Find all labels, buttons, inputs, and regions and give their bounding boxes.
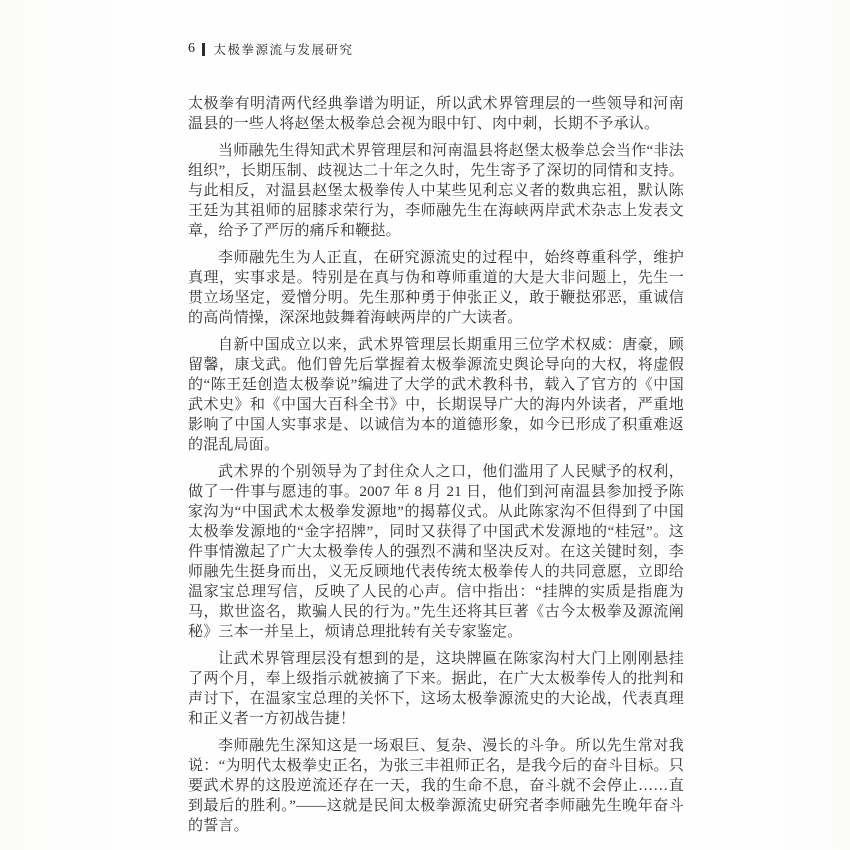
paragraph: 自新中国成立以来，武术界管理层长期重用三位学术权威：唐豪，顾留馨，康戈武。他们曾… [188, 335, 684, 455]
header-divider [202, 43, 205, 56]
paragraph: 当师融先生得知武术界管理层和河南温县将赵堡太极拳总会当作“非法组织”，长期压制、… [188, 141, 684, 241]
paragraph: 武术界的个别领导为了封住众人之口，他们滥用了人民赋予的权利，做了一件事与愿违的事… [188, 462, 684, 642]
book-title: 太极拳源流与发展研究 [214, 40, 354, 58]
paragraph: 李师融先生深知这是一场艰巨、复杂、漫长的斗争。所以先生常对我说：“为明代太极拳史… [188, 736, 684, 836]
paragraph: 太极拳有明清两代经典拳谱为明证，所以武术界管理层的一些领导和河南温县的一些人将赵… [188, 94, 684, 134]
paragraph: 李师融先生为人正直，在研究源流史的过程中，始终尊重科学，维护真理，实事求是。特别… [188, 248, 684, 328]
page-number: 6 [188, 40, 195, 58]
paragraph: 让武术界管理层没有想到的是，这块牌匾在陈家沟村大门上刚刚悬挂了两个月，奉上级指示… [188, 649, 684, 729]
page-header: 6 太极拳源流与发展研究 [188, 40, 684, 58]
page-body: 太极拳有明清两代经典拳谱为明证，所以武术界管理层的一些领导和河南温县的一些人将赵… [188, 94, 684, 836]
page-content: 6 太极拳源流与发展研究 太极拳有明清两代经典拳谱为明证，所以武术界管理层的一些… [188, 40, 684, 843]
book-page: 6 太极拳源流与发展研究 太极拳有明清两代经典拳谱为明证，所以武术界管理层的一些… [0, 0, 850, 850]
